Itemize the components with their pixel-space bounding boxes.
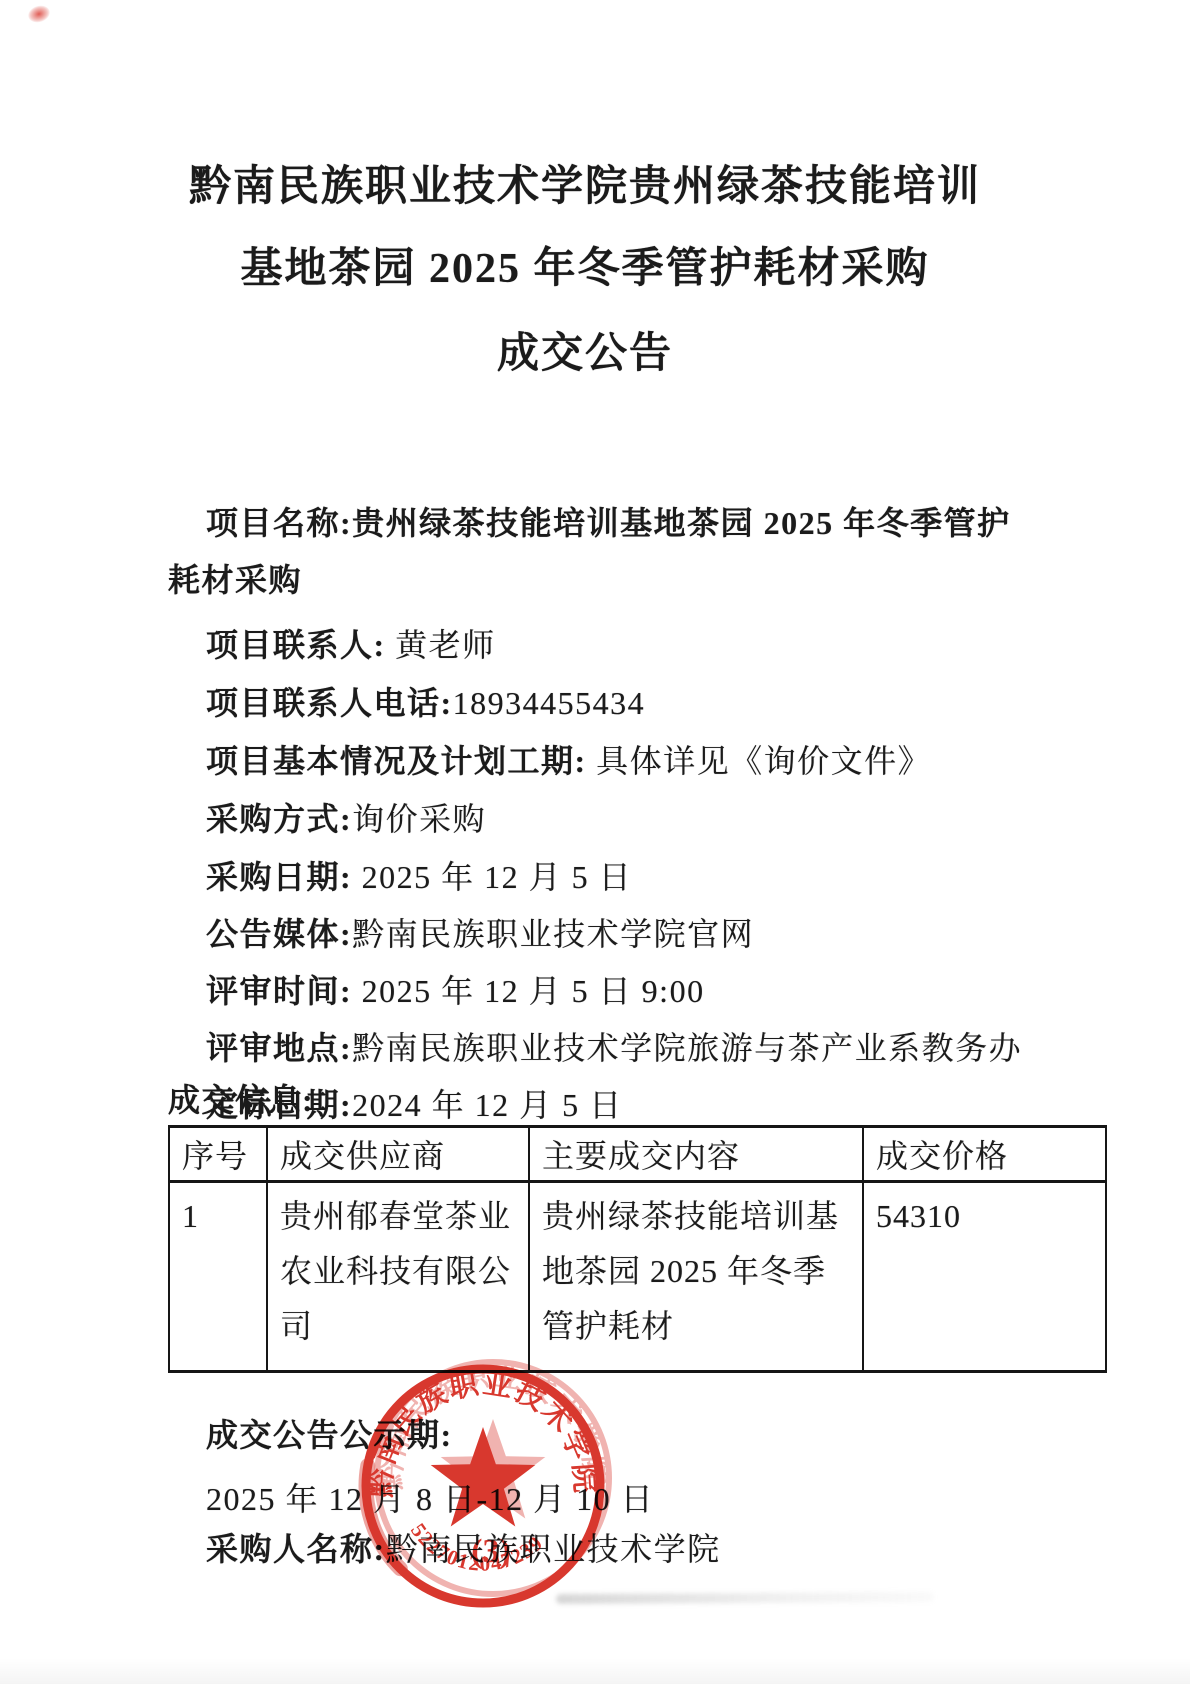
deal-result-table: 序号 成交供应商 主要成交内容 成交价格 1 贵州郁春堂茶业农业科技有限公司 贵… [168,1125,1107,1373]
document-page: 黔南民族职业技术学院贵州绿茶技能培训 基地茶园 2025 年冬季管护耗材采购 成… [0,0,1190,1684]
document-title-line-3: 成交公告 [95,331,1075,377]
cell-price: 54310 [863,1182,1106,1372]
header-price: 成交价格 [863,1127,1106,1182]
field-value: 2024 年 12 月 5 日 [352,1087,623,1123]
official-seal: 黔南民族职业技术学院 黔南民族职业技术学院 (3) 5227012047239 [351,1354,615,1618]
document-title-line-2: 基地茶园 2025 年冬季管护耗材采购 [95,246,1075,292]
header-serial-no: 序号 [169,1127,267,1182]
field-label: 项目名称: [206,505,352,541]
scan-bottom-shading [0,1658,1190,1684]
cell-supplier: 贵州郁春堂茶业农业科技有限公司 [267,1182,529,1372]
table-row: 1 贵州郁春堂茶业农业科技有限公司 贵州绿茶技能培训基地茶园 2025 年冬季管… [169,1182,1106,1372]
cell-serial-no: 1 [169,1182,267,1372]
deal-info-heading: 成交信息: [168,1083,314,1117]
cell-content: 贵州绿茶技能培训基地茶园 2025 年冬季管护耗材 [529,1182,863,1372]
header-content: 主要成交内容 [529,1127,863,1182]
red-smudge-mark [26,3,52,25]
table-header-row: 序号 成交供应商 主要成交内容 成交价格 [169,1127,1106,1182]
document-title-line-1: 黔南民族职业技术学院贵州绿茶技能培训 [95,164,1075,210]
gray-scan-streak [556,1592,934,1604]
header-supplier: 成交供应商 [267,1127,529,1182]
